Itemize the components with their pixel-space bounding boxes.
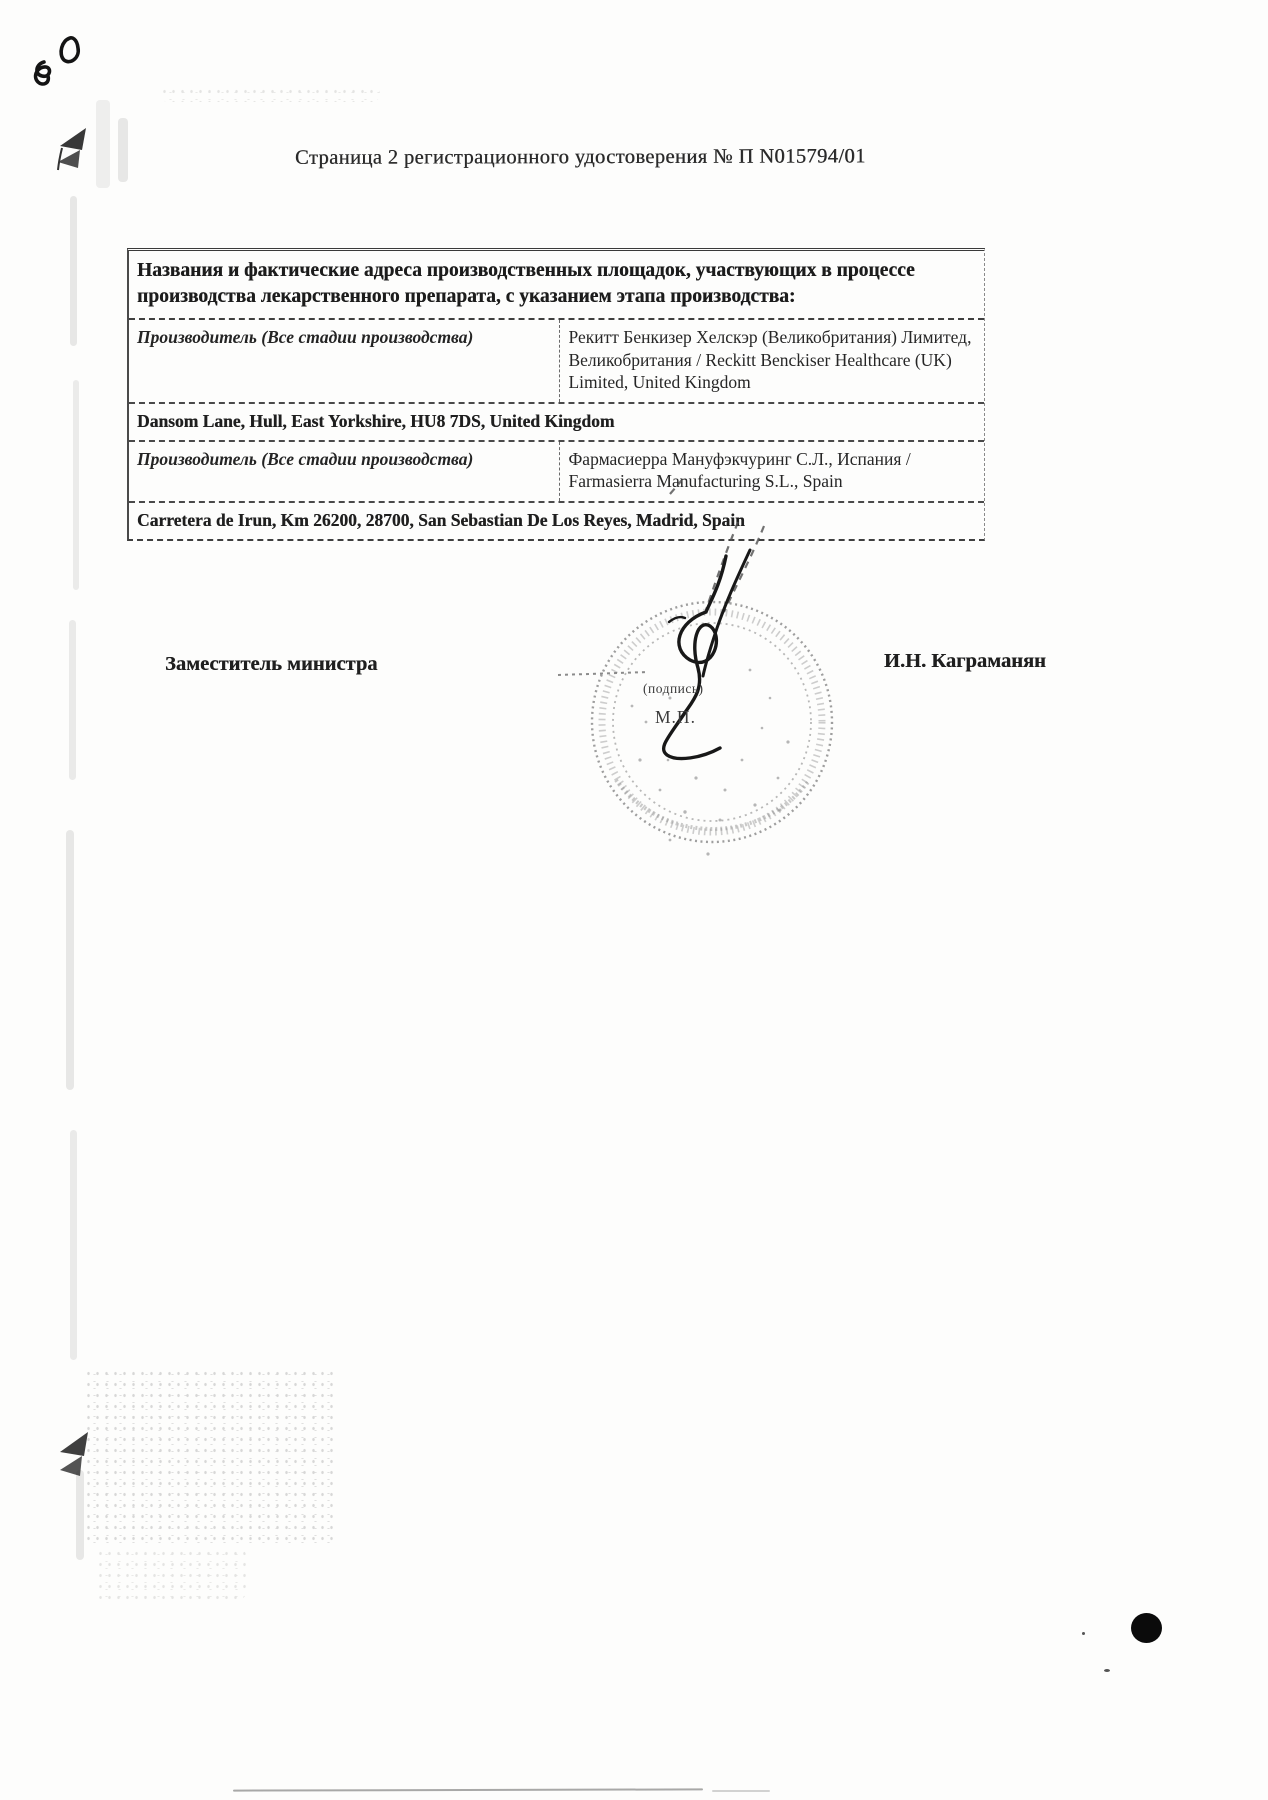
scan-smudge — [69, 620, 76, 780]
ink-dot-artifact — [1131, 1613, 1162, 1643]
scan-line — [712, 1790, 770, 1792]
scan-noise — [96, 1548, 246, 1600]
scan-smudge — [70, 196, 77, 346]
scan-line — [233, 1788, 703, 1791]
seal-place-caption: М.П. — [655, 707, 696, 728]
scan-smudge — [76, 1470, 84, 1560]
producer-role-label: Производитель (Все стадии производства) — [129, 442, 559, 501]
scan-smudge — [96, 100, 110, 188]
official-seal-icon — [520, 460, 900, 890]
scan-noise — [84, 1368, 336, 1546]
table-header: Названия и фактические адреса производст… — [129, 251, 984, 320]
signatory-name: И.Н. Каграманян — [884, 650, 1046, 673]
handwritten-page-number — [22, 24, 102, 99]
margin-mark-top — [52, 122, 92, 177]
producer-role-label: Производитель (Все стадии производства) — [129, 320, 559, 401]
scan-smudge — [118, 118, 128, 182]
signatory-title: Заместитель министра — [165, 653, 377, 676]
table-row-producer-1: Производитель (Все стадии производства) … — [129, 320, 984, 403]
ink-speck — [1104, 1669, 1110, 1672]
scanned-document-page: Страница 2 регистрационного удостоверени… — [0, 0, 1268, 1800]
scan-smudge — [66, 830, 74, 1090]
table-row-address-1: Dansom Lane, Hull, East Yorkshire, HU8 7… — [129, 404, 984, 442]
scan-smudge — [70, 1130, 77, 1360]
ink-speck — [1082, 1632, 1085, 1635]
page-title: Страница 2 регистрационного удостоверени… — [295, 145, 975, 170]
scan-smudge — [73, 380, 79, 590]
signature-caption: (подпись) — [643, 681, 704, 697]
scan-noise — [160, 86, 380, 102]
producer-name-value: Рекитт Бенкизер Хелскэр (Великобритания)… — [559, 320, 984, 401]
producer-address-value: Dansom Lane, Hull, East Yorkshire, HU8 7… — [129, 404, 984, 440]
